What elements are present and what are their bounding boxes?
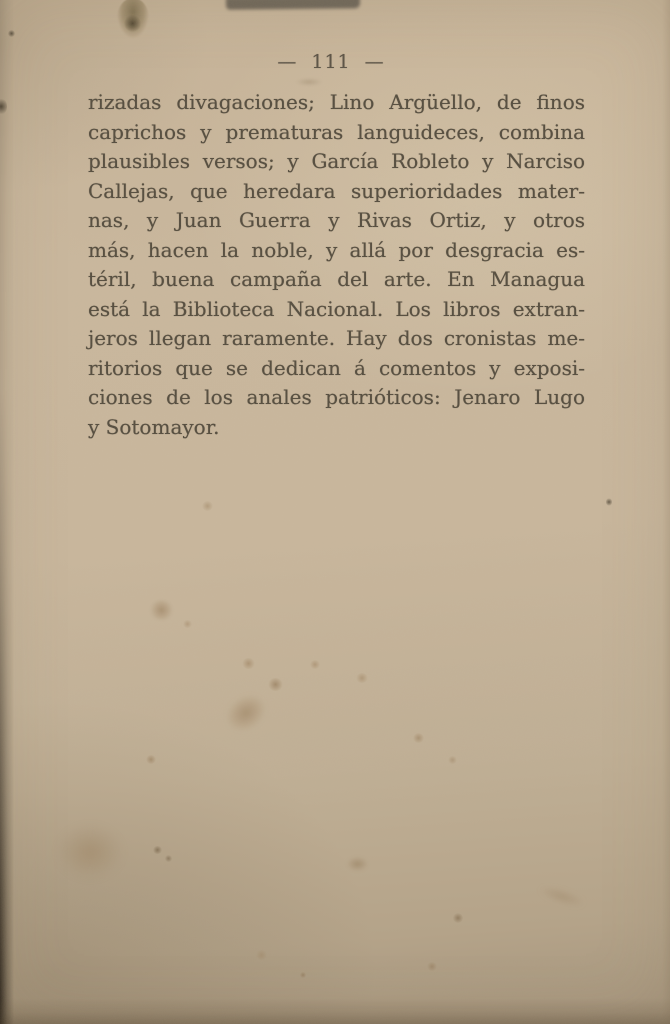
foxing-spot	[153, 846, 162, 854]
scan-edge-shadow	[662, 0, 670, 1024]
foxing-spot	[183, 620, 192, 628]
ink-stain	[124, 14, 141, 33]
foxing-spot	[347, 857, 368, 871]
foxing-spot	[300, 972, 306, 978]
foxing-spot	[242, 658, 255, 669]
body-text-block: rizadas divagaciones; Lino Argüello, de …	[88, 88, 585, 442]
text-line: está la Biblioteca Nacional. Los libros …	[88, 295, 585, 325]
foxing-spot	[427, 962, 437, 971]
foxing-spot	[296, 78, 322, 86]
foxing-spot	[310, 660, 320, 669]
text-line: téril, buena campaña del arte. En Managu…	[88, 265, 585, 295]
page-number: — 111 —	[0, 51, 662, 73]
scan-edge-shadow	[226, 0, 360, 10]
text-line: ciones de los anales patrióticos: Jenaro…	[88, 383, 585, 413]
smudge-stain	[218, 686, 274, 739]
foxing-spot	[413, 733, 424, 743]
foxing-spot	[149, 600, 174, 620]
binding-shadow	[0, 0, 14, 1024]
foxing-spot	[356, 673, 368, 683]
smudge-stain	[537, 883, 587, 910]
book-page-scan: — 111 — rizadas divagaciones; Lino Argüe…	[0, 0, 670, 1024]
foxing-spot	[256, 950, 267, 960]
text-line: caprichos y prematuras languideces, comb…	[88, 118, 585, 148]
foxing-spot	[202, 501, 213, 511]
foxing-spot	[165, 855, 172, 862]
foxing-spot	[146, 755, 156, 764]
text-line: rizadas divagaciones; Lino Argüello, de …	[88, 88, 585, 118]
foxing-spot	[268, 678, 283, 691]
text-line: Callejas, que heredara superioridades ma…	[88, 177, 585, 207]
foxing-spot	[453, 913, 463, 923]
text-line: ritorios que se dedican á comentos y exp…	[88, 354, 585, 384]
smudge-stain	[56, 824, 124, 880]
scan-edge-shadow	[0, 998, 670, 1024]
foxing-spot	[448, 756, 457, 764]
foxing-spot	[606, 498, 612, 506]
text-line: nas, y Juan Guerra y Rivas Ortiz, y otro…	[88, 206, 585, 236]
text-line: jeros llegan raramente. Hay dos cronista…	[88, 324, 585, 354]
text-line: y Sotomayor.	[88, 413, 585, 443]
text-line: plausibles versos; y García Robleto y Na…	[88, 147, 585, 177]
text-line: más, hacen la noble, y allá por desgraci…	[88, 236, 585, 266]
